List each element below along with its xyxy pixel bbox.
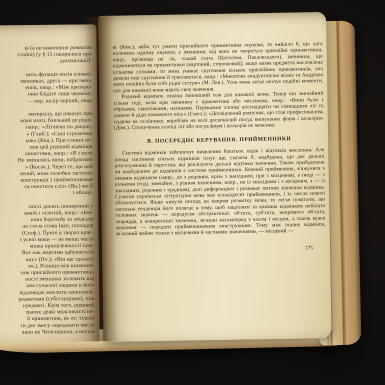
paragraph: ві (Ком.); якби тут ужити присвійного пр… — [113, 41, 324, 94]
page-number: 175 — [116, 245, 326, 255]
right-page-text: ві (Ком.); якби тут ужити присвійного пр… — [113, 41, 327, 255]
open-book: ів (а не виконання романсів стайні) (у §… — [0, 0, 385, 385]
left-page-text: ів (а не виконання романсів стайні) (у §… — [0, 44, 95, 337]
paragraph: Родовий відмінок ознаки типовіший теж дл… — [113, 91, 324, 132]
right-page: ві (Ком.); якби тут ужити присвійного пр… — [98, 12, 332, 342]
section-heading: В. ПОСЕРЕДНЄ КЕРУВАННЯ. ПРИЙМЕННИКИ — [114, 135, 324, 145]
left-page: ів (а не виконання романсів стайні) (у §… — [0, 24, 100, 342]
paragraph: Система відмінків забезпечує виявлення б… — [114, 147, 325, 237]
